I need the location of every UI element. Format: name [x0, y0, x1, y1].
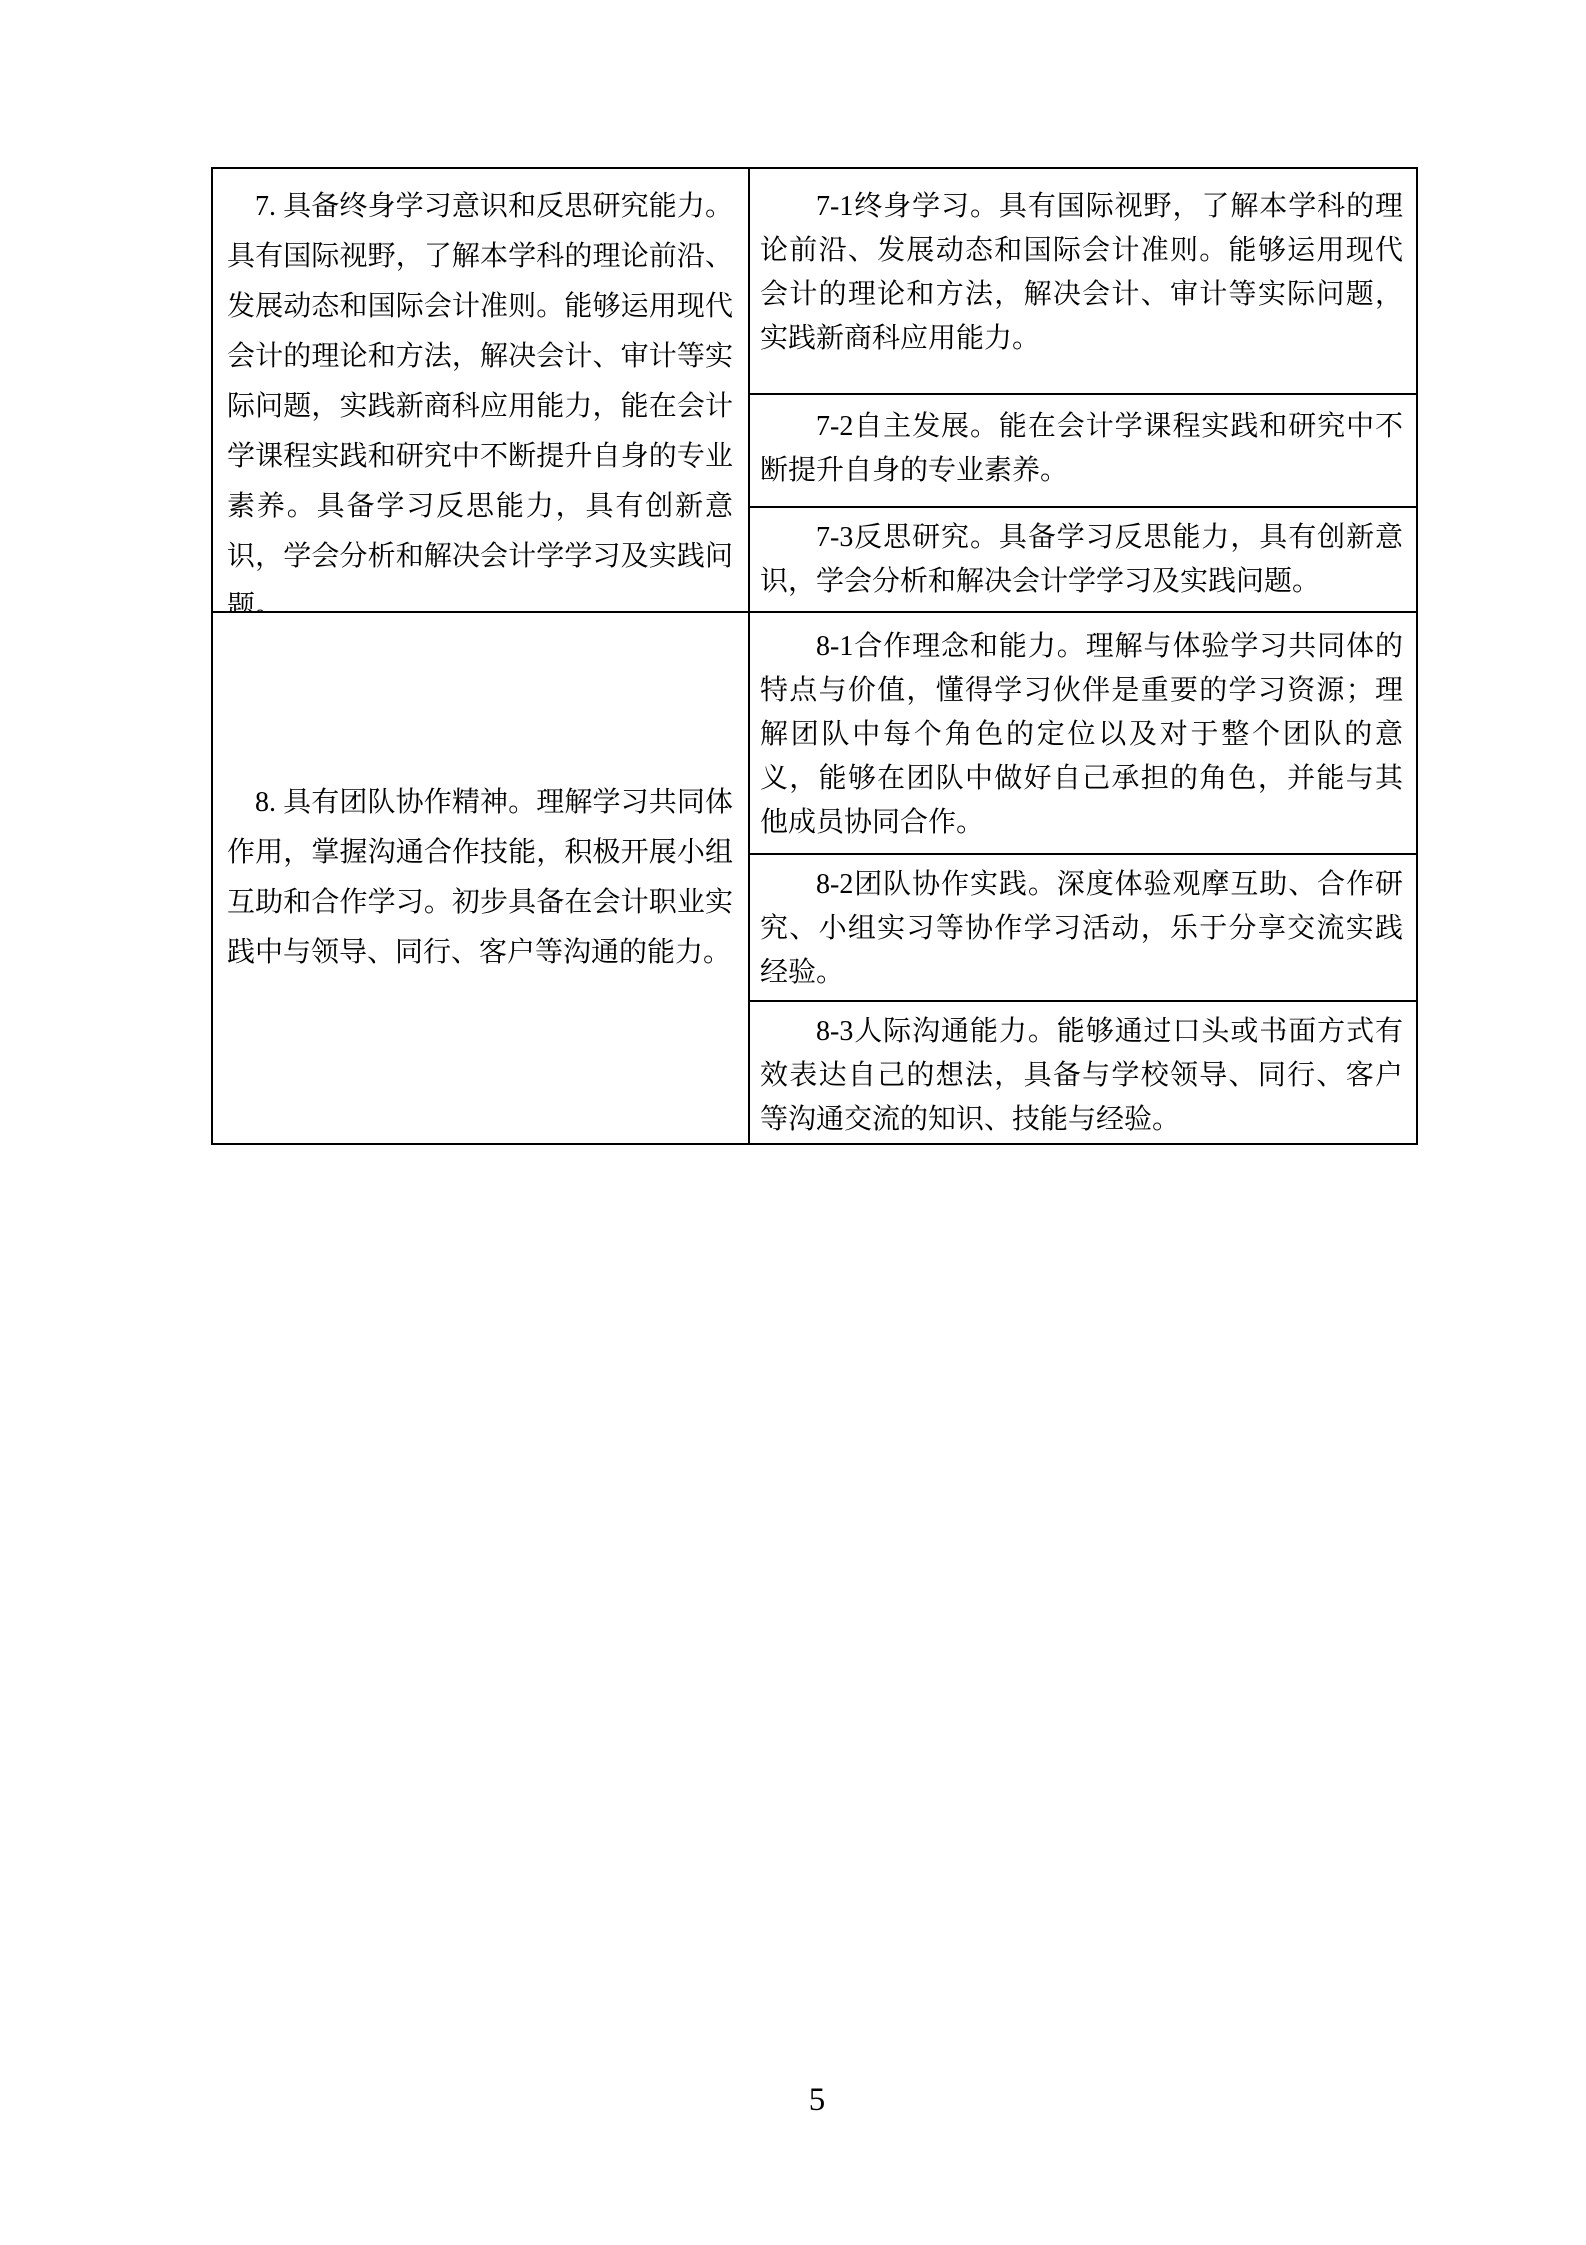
- indicator-8-3-cell: 8-3人际沟通能力。能够通过口头或书面方式有效表达自己的想法，具备与学校领导、同…: [750, 1002, 1416, 1143]
- indicator-8-2-text: 8-2团队协作实践。深度体验观摩互助、合作研究、小组实习等协作学习活动，乐于分享…: [760, 863, 1403, 995]
- indicator-7-3-text: 7-3反思研究。具备学习反思能力，具有创新意识，学会分析和解决会计学学习及实践问…: [760, 516, 1403, 604]
- page-number: 5: [793, 2082, 841, 2118]
- indicator-7-2-text: 7-2自主发展。能在会计学课程实践和研究中不断提升自身的专业素养。: [760, 405, 1403, 493]
- indicator-7-1-text: 7-1终身学习。具有国际视野，了解本学科的理论前沿、发展动态和国际会计准则。能够…: [760, 185, 1403, 361]
- indicator-8-3-text: 8-3人际沟通能力。能够通过口头或书面方式有效表达自己的想法，具备与学校领导、同…: [760, 1010, 1403, 1142]
- requirement-7-text: 7. 具备终身学习意识和反思研究能力。具有国际视野，了解本学科的理论前沿、发展动…: [227, 182, 733, 613]
- indicator-8-2-cell: 8-2团队协作实践。深度体验观摩互助、合作研究、小组实习等协作学习活动，乐于分享…: [750, 855, 1416, 1002]
- requirement-7-cell: 7. 具备终身学习意识和反思研究能力。具有国际视野，了解本学科的理论前沿、发展动…: [213, 169, 750, 613]
- requirement-8-cell: 8. 具有团队协作精神。理解学习共同体作用，掌握沟通合作技能，积极开展小组互助和…: [213, 613, 750, 1143]
- graduation-requirements-table: 7. 具备终身学习意识和反思研究能力。具有国际视野，了解本学科的理论前沿、发展动…: [211, 167, 1418, 1145]
- requirement-8-text: 8. 具有团队协作精神。理解学习共同体作用，掌握沟通合作技能，积极开展小组互助和…: [227, 778, 733, 978]
- indicator-7-1-cell: 7-1终身学习。具有国际视野，了解本学科的理论前沿、发展动态和国际会计准则。能够…: [750, 169, 1416, 395]
- document-page: { "page": { "number": "5" }, "table": { …: [0, 0, 1586, 2245]
- indicator-8-1-cell: 8-1合作理念和能力。理解与体验学习共同体的特点与价值，懂得学习伙伴是重要的学习…: [750, 613, 1416, 855]
- indicator-7-3-cell: 7-3反思研究。具备学习反思能力，具有创新意识，学会分析和解决会计学学习及实践问…: [750, 508, 1416, 613]
- indicator-8-1-text: 8-1合作理念和能力。理解与体验学习共同体的特点与价值，懂得学习伙伴是重要的学习…: [760, 625, 1403, 845]
- indicator-7-2-cell: 7-2自主发展。能在会计学课程实践和研究中不断提升自身的专业素养。: [750, 395, 1416, 508]
